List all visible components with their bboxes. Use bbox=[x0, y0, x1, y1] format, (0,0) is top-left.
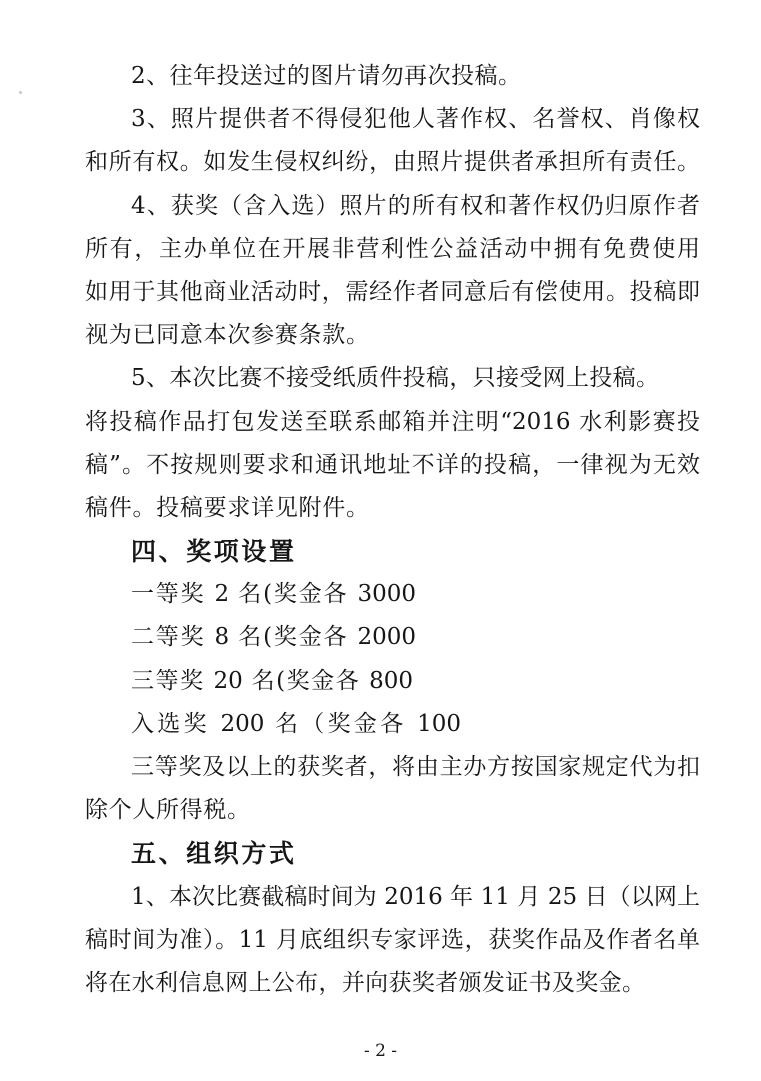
text-line: 视为已同意本次参赛条款。 bbox=[85, 314, 369, 357]
text-line: 除个人所得税。 bbox=[85, 789, 250, 832]
page-number: - 2 - bbox=[0, 1038, 761, 1064]
text-line: 稿件。投稿要求详见附件。 bbox=[85, 487, 369, 530]
text-line: 3、照片提供者不得侵犯他人著作权、名誉权、肖像权 bbox=[131, 98, 700, 141]
text-line: 稿”。不按规则要求和通讯地址不详的投稿，一律视为无效 bbox=[85, 444, 700, 487]
text-line: 和所有权。如发生侵权纠纷，由照片提供者承担所有责任。 bbox=[85, 141, 700, 184]
text-line: 4、获奖（含入选）照片的所有权和著作权仍归原作者 bbox=[131, 185, 700, 228]
text-line: 三等奖及以上的获奖者，将由主办方按国家规定代为扣 bbox=[131, 746, 700, 789]
award-line: 二等奖 8 名(奖金各 2000 元) bbox=[131, 616, 416, 659]
award-line: 一等奖 2 名(奖金各 3000 元) bbox=[131, 573, 416, 616]
text-line: 2、往年投送过的图片请勿再次投稿。 bbox=[131, 55, 521, 98]
scan-artifact-speck bbox=[19, 91, 22, 94]
section-heading-awards: 四、奖项设置 bbox=[131, 530, 294, 573]
document-body: 2、往年投送过的图片请勿再次投稿。 3、照片提供者不得侵犯他人著作权、名誉权、肖… bbox=[85, 55, 700, 1005]
text-line: 1、本次比赛截稿时间为 2016 年 11 月 25 日（以网上投 bbox=[131, 876, 700, 919]
text-line: 将投稿作品打包发送至联系邮箱并注明“2016 水利影赛投 bbox=[85, 401, 700, 444]
award-line: 入选奖 200 名（奖金各 100 元） bbox=[131, 703, 461, 746]
award-line: 三等奖 20 名(奖金各 800 元) bbox=[131, 660, 413, 703]
text-line: 5、本次比赛不接受纸质件投稿，只接受网上投稿。请 bbox=[131, 357, 659, 400]
text-line: 如用于其他商业活动时，需经作者同意后有偿使用。投稿即 bbox=[85, 271, 700, 314]
text-line: 所有，主办单位在开展非营利性公益活动中拥有免费使用权， bbox=[85, 228, 700, 271]
document-page: 2、往年投送过的图片请勿再次投稿。 3、照片提供者不得侵犯他人著作权、名誉权、肖… bbox=[0, 0, 761, 1081]
section-heading-organization: 五、组织方式 bbox=[131, 832, 294, 875]
text-line: 将在水利信息网上公布，并向获奖者颁发证书及奖金。 bbox=[85, 962, 645, 1005]
text-line: 稿时间为准）。11 月底组织专家评选，获奖作品及作者名单 bbox=[85, 919, 700, 962]
